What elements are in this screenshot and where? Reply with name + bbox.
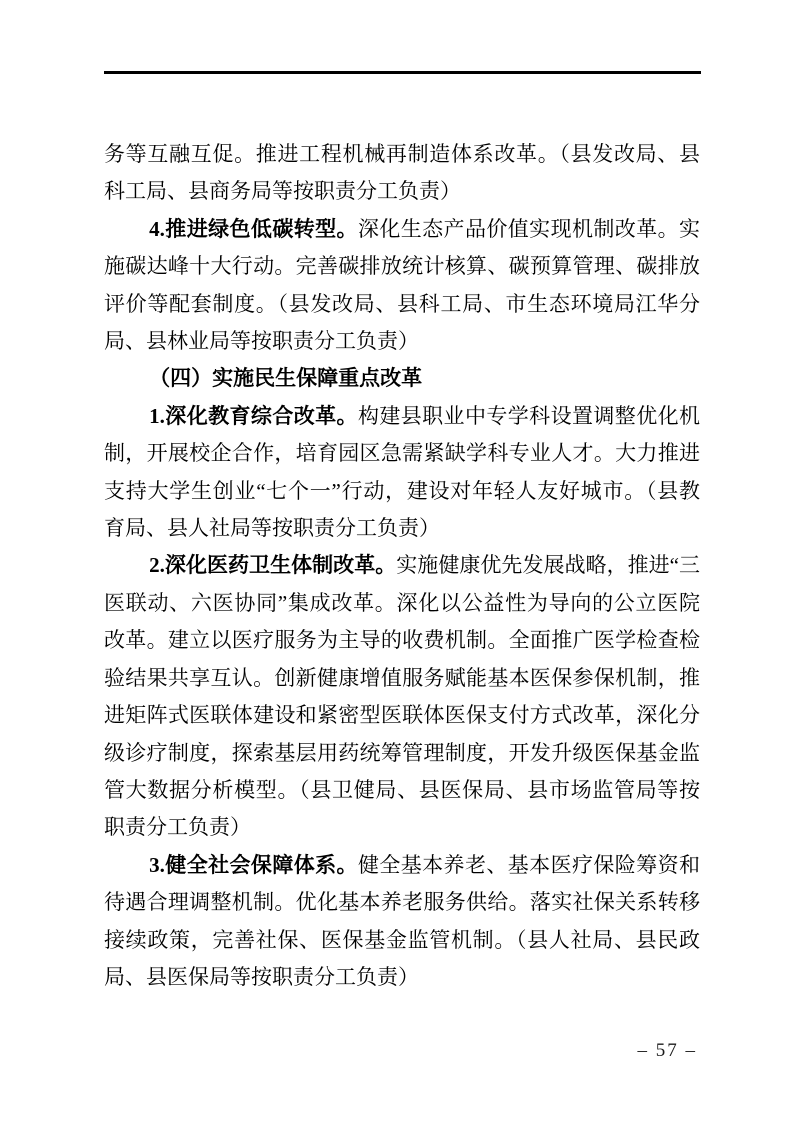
paragraph-text: 实施健康优先发展战略，推进“三医联动、六医协同”集成改革。深化以公益性为导向的公… [104, 553, 700, 839]
section-heading-text: （四）实施民生保障重点改革 [149, 366, 422, 390]
body-paragraph: 3.健全社会保障体系。健全基本养老、基本医疗保险筹资和待遇合理调整机制。优化基本… [104, 847, 700, 997]
body-paragraph: 4.推进绿色低碳转型。深化生态产品价值实现机制改革。实施碳达峰十大行动。完善碳排… [104, 211, 700, 361]
document-page: 务等互融互促。推进工程机械再制造体系改革。（县发改局、县科工局、县商务局等按职责… [0, 0, 793, 1122]
paragraph-text: 务等互融互促。推进工程机械再制造体系改革。（县发改局、县科工局、县商务局等按职责… [104, 142, 700, 203]
page-number: – 57 – [638, 1040, 698, 1062]
body-paragraph: 2.深化医药卫生体制改革。实施健康优先发展战略，推进“三医联动、六医协同”集成改… [104, 547, 700, 846]
paragraph-lead: 1.深化教育综合改革。 [149, 404, 358, 428]
paragraph-lead: 3.健全社会保障体系。 [149, 853, 358, 877]
header-rule [104, 71, 701, 74]
paragraph-lead: 4.推进绿色低碳转型。 [149, 217, 358, 241]
section-heading: （四）实施民生保障重点改革 [104, 360, 700, 397]
paragraph-lead: 2.深化医药卫生体制改革。 [149, 553, 396, 577]
body-paragraph: 1.深化教育综合改革。构建县职业中专学科设置调整优化机制，开展校企合作，培育园区… [104, 398, 700, 548]
body-paragraph: 务等互融互促。推进工程机械再制造体系改革。（县发改局、县科工局、县商务局等按职责… [104, 136, 700, 211]
document-body: 务等互融互促。推进工程机械再制造体系改革。（县发改局、县科工局、县商务局等按职责… [104, 136, 700, 996]
